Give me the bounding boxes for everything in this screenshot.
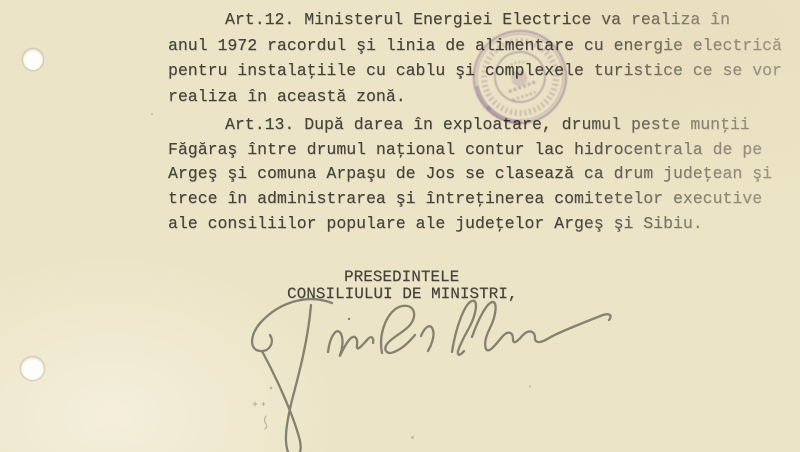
typed-line: trece în administrarea şi întreţinerea c…	[168, 187, 800, 212]
paper-speck	[529, 385, 531, 388]
typed-line: pentru instalaţiile cu cablu şi complexe…	[168, 58, 800, 84]
punch-hole-bottom	[21, 357, 44, 380]
signer-title-line-1: PRESEDINTELE	[344, 268, 459, 286]
typed-line: Art.12. Ministerul Energiei Electrice va…	[168, 7, 800, 33]
typed-line: realiza în această zonă.	[168, 84, 800, 110]
paper-speck	[151, 113, 153, 115]
signer-title-line-2: CONSILIULUI DE MINISTRI,	[287, 285, 517, 303]
typed-line: Argeş şi comuna Arpaşu de Jos se claseaz…	[168, 162, 800, 187]
typed-line: Art.13. După darea în exploatare, drumul…	[168, 113, 800, 138]
typed-line: anul 1972 racordul şi linia de alimentar…	[168, 33, 800, 59]
document-page: Art.12. Ministerul Energiei Electrice va…	[0, 0, 800, 452]
typed-line: Făgăraş între drumul naţional contur lac…	[168, 138, 800, 163]
punch-hole-top	[23, 49, 43, 70]
typed-line: ale consiliilor populare ale judeţelor A…	[168, 212, 800, 237]
pencil-marks	[253, 387, 272, 429]
paragraph-article-13: Art.13. După darea în exploatare, drumul…	[168, 113, 800, 237]
paper-speck	[411, 436, 414, 439]
paragraph-article-12: Art.12. Ministerul Energiei Electrice va…	[168, 7, 800, 109]
